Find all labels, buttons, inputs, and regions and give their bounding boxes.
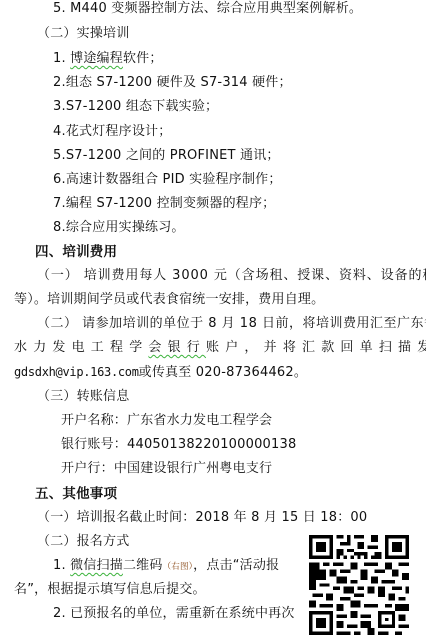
method-step-1-line-1: 1. 微信扫描二维码（右图），点击“活动报 bbox=[53, 557, 279, 576]
transfer-heading: （三）转账信息 bbox=[37, 388, 129, 406]
text: 二维码 bbox=[123, 558, 163, 573]
practical-item-4: 4.花式灯程序设计； bbox=[53, 123, 171, 141]
account-name-row: 开户名称：广东省水力发电工程学会 bbox=[61, 412, 272, 430]
account-number-label: 银行账号： bbox=[61, 437, 127, 452]
step-number: 1. bbox=[53, 558, 66, 573]
email-address: gdsdxh@vip.163.com bbox=[14, 365, 139, 379]
fees-paragraph-2-line-3: gdsdxh@vip.163.com或传真至 020-87364462。 bbox=[14, 363, 307, 382]
bank-label: 开户行： bbox=[61, 461, 114, 476]
practical-heading: （二）实操培训 bbox=[37, 25, 129, 43]
practical-item-2: 2.组态 S7-1200 硬件及 S7-314 硬件； bbox=[53, 74, 292, 92]
spellcheck-marked-text: 会银行 bbox=[148, 340, 206, 355]
text: 水力发电工程学 bbox=[14, 340, 148, 355]
item-text: S7-1200 之间的 PROFINET 通讯； bbox=[66, 148, 280, 163]
method-step-2: 2. 已预报名的单位，需重新在系统中再次 bbox=[53, 605, 295, 623]
deadline: （一）培训报名截止时间：2018 年 8 月 15 日 18：00 bbox=[37, 509, 367, 527]
practical-item-6: 6.高速计数器组合 PID 实验程序制作； bbox=[53, 171, 282, 189]
account-number-row: 银行账号：44050138220100000138 bbox=[61, 436, 296, 454]
qr-code-icon bbox=[309, 535, 409, 635]
item-text: 高速计数器组合 PID 实验程序制作； bbox=[66, 172, 282, 187]
text: 或传真至 020-87364462。 bbox=[139, 365, 307, 380]
practical-item-1: 1. 博途编程软件； bbox=[53, 50, 163, 68]
spellcheck-marked-text: 博途编程 bbox=[70, 51, 123, 66]
item-text: 软件； bbox=[123, 51, 163, 66]
step-number: 2. bbox=[53, 606, 66, 621]
item-number: 5. bbox=[53, 148, 66, 163]
other-heading: 五、其他事项 bbox=[35, 485, 117, 503]
text: 已预报名的单位，需重新在系统中再次 bbox=[70, 606, 294, 621]
account-number-value: 44050138220100000138 bbox=[127, 437, 296, 452]
item-text: 编程 S7-1200 控制变频器的程序； bbox=[66, 196, 276, 211]
item-text: 综合应用实操练习。 bbox=[66, 220, 185, 235]
right-figure-note: （右图） bbox=[163, 562, 194, 572]
bank-row: 开户行：中国建设银行广州粤电支行 bbox=[61, 460, 272, 478]
bank-value: 中国建设银行广州粤电支行 bbox=[114, 461, 272, 476]
fees-paragraph-1-line-1: （一） 培训费用每人 3000 元（含场租、授课、资料、设备的租赁 bbox=[37, 267, 426, 285]
practical-item-5: 5.S7-1200 之间的 PROFINET 通讯； bbox=[53, 147, 280, 165]
fees-heading: 四、培训费用 bbox=[35, 243, 117, 261]
text: ，点击“活动报 bbox=[193, 558, 279, 573]
practical-item-3: 3.S7-1200 组态下载实验； bbox=[53, 98, 218, 116]
fees-paragraph-2-line-2: 水力发电工程学会银行账户，并将汇款回单扫描发至邮箱 bbox=[14, 339, 426, 357]
item-number: 1. bbox=[53, 51, 66, 66]
method-heading: （二）报名方式 bbox=[37, 533, 129, 551]
item-number: 4. bbox=[53, 124, 66, 139]
item-number: 6. bbox=[53, 172, 66, 187]
account-name-label: 开户名称： bbox=[61, 413, 127, 428]
method-step-1-line-2: 名”，根据提示填写信息后提交。 bbox=[14, 581, 206, 599]
fees-paragraph-1-line-2: 等）。培训期间学员或代表食宿统一安排，费用自理。 bbox=[14, 291, 324, 309]
item-number: 3. bbox=[53, 99, 66, 114]
spellcheck-marked-text: 微信扫描 bbox=[70, 558, 123, 573]
item-text: 花式灯程序设计； bbox=[66, 124, 172, 139]
item-number: 8. bbox=[53, 220, 66, 235]
theory-item-5: 5. M440 变频器控制方法、综合应用典型案例解析。 bbox=[53, 0, 362, 18]
item-text: S7-1200 组态下载实验； bbox=[66, 99, 218, 114]
item-number: 2. bbox=[53, 75, 66, 90]
practical-item-7: 7.编程 S7-1200 控制变频器的程序； bbox=[53, 195, 275, 213]
item-text: 组态 S7-1200 硬件及 S7-314 硬件； bbox=[66, 75, 292, 90]
item-number: 7. bbox=[53, 196, 66, 211]
practical-item-8: 8.综合应用实操练习。 bbox=[53, 219, 185, 237]
text: 账户，并将汇款回单扫描发至邮箱 bbox=[206, 340, 426, 355]
fees-paragraph-2-line-1: （二） 请参加培训的单位于 8 月 18 日前，将培训费用汇至广东省 bbox=[37, 315, 426, 333]
account-name-value: 广东省水力发电工程学会 bbox=[127, 413, 272, 428]
